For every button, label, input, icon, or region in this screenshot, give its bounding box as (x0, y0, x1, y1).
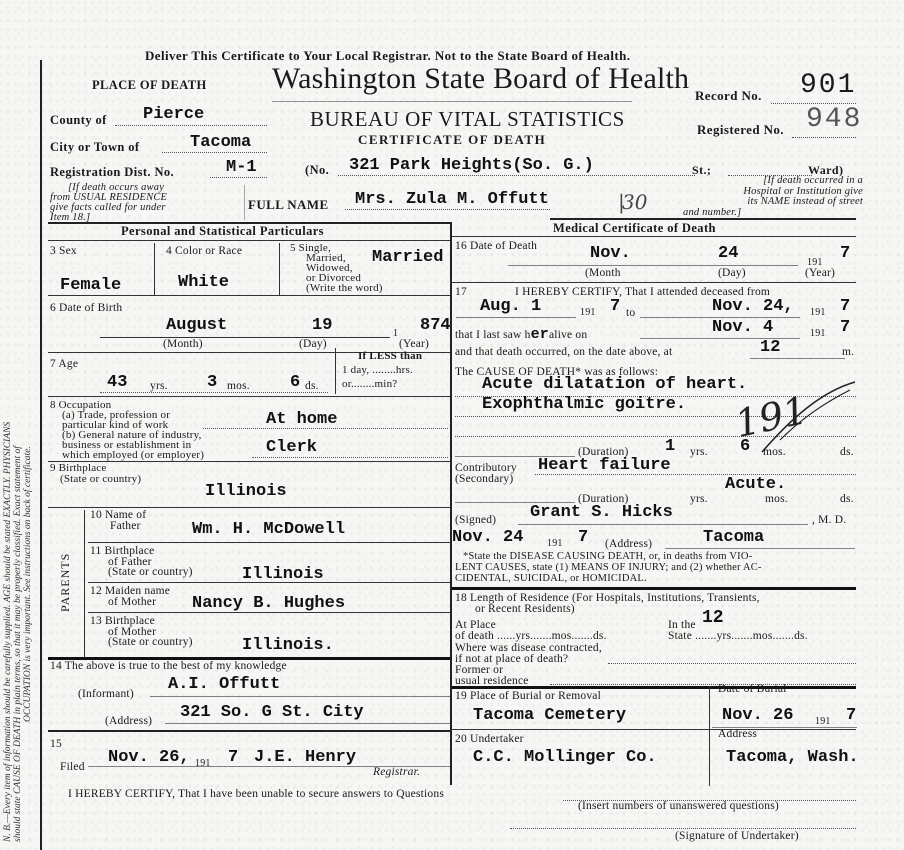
row-rule-occupation (48, 396, 450, 397)
dob-year-prefix: 1 (393, 328, 398, 339)
md-label: , M. D. (812, 514, 846, 526)
physician-signature: Grant S. Hicks (530, 503, 673, 522)
name-annotation: 30 (622, 190, 647, 214)
age-ds-label: ds. (305, 380, 319, 392)
away-note: [If death occurs away from USUAL RESIDEN… (68, 183, 167, 223)
footnote-1: *State the DISEASE CAUSING DEATH, or, in… (455, 551, 762, 562)
row-rule-parents (48, 507, 450, 508)
duration2-ds: ds. (840, 493, 854, 505)
age-years: 43 (107, 373, 127, 392)
registrar-label: Registrar. (373, 766, 420, 778)
duration-ds: ds. (840, 446, 854, 458)
father-label: 10 Name of Father (90, 510, 146, 532)
informant-address-label: (Address) (105, 715, 152, 727)
row-rule-burial (452, 686, 856, 689)
dob-month: August (166, 316, 227, 335)
in-state-label: In the State .......yrs.......mos.......… (668, 620, 808, 642)
row-rule-filed (48, 730, 450, 732)
reg-dist-line (210, 177, 267, 178)
address-value: 321 Park Heights(So. G.) (349, 156, 594, 175)
dod-day-caption: (Day) (718, 267, 746, 279)
parents-divider (84, 510, 85, 657)
row-rule-17 (452, 282, 856, 283)
marital-value: Married (372, 248, 443, 267)
filed-label: Filed (60, 761, 85, 773)
city-line (162, 152, 267, 153)
duration-mos: mos. (763, 446, 786, 458)
row-rule-father-bp (88, 582, 450, 583)
burial-place-label: 19 Place of Burial or Removal (455, 690, 601, 702)
hospital-note-3: its NAME instead of street (683, 197, 863, 208)
row-rule-dob (48, 295, 450, 296)
signed-address-label: (Address) (605, 538, 652, 550)
signed-year-prefix: 191 (547, 538, 563, 549)
marital-label: 5 Single, Married, Widowed, or Divorced … (290, 243, 383, 293)
bureau-title: BUREAU OF VITAL STATISTICS (310, 107, 625, 132)
undertaker-value: C.C. Mollinger Co. (473, 748, 657, 767)
item15-label: 15 (50, 738, 62, 750)
sex-label: 3 Sex (50, 245, 77, 257)
duration-years: 1 (665, 437, 675, 456)
address-line (338, 175, 695, 176)
right-section-top (550, 218, 856, 220)
signature-caption: (Signature of Undertaker) (675, 830, 799, 842)
hospital-note: [If death occurred in a Hospital or Inst… (683, 176, 863, 218)
occ-b-label-3: which employed (or employer) (50, 450, 204, 460)
true-statement-label: 14 The above is true to the best of my k… (50, 660, 287, 672)
dod-label: 16 Date of Death (455, 240, 537, 252)
attended-to: Nov. 24, (712, 297, 794, 316)
informant-address-line (165, 723, 450, 724)
footer-certify-text: I HEREBY CERTIFY, That I have been unabl… (68, 788, 444, 800)
side-note-line-2: should state CAUSE OF DEATH in plain ter… (13, 82, 23, 842)
burial-place: Tacoma Cemetery (473, 706, 626, 725)
birthplace-label-2: (State or country) (50, 474, 141, 485)
birthplace-label: 9 Birthplace (State or country) (50, 463, 141, 485)
dob-month-caption: (Month) (163, 338, 203, 350)
row-rule-undertaker (452, 729, 856, 730)
informant-address: 321 So. G St. City (180, 703, 364, 722)
burial-year-prefix: 191 (815, 716, 831, 727)
row-rule-residence (452, 587, 856, 590)
dod-day: 24 (718, 244, 738, 263)
footnote-3: CIDENTAL, SUICIDAL, or HOMICIDAL. (455, 573, 762, 584)
row-rule-father (88, 542, 450, 543)
contributory-label: Contributory (Secondary) (455, 463, 517, 485)
full-name-label: FULL NAME (248, 197, 329, 213)
mother-bp-label: 13 Birthplace of Mother (State or countr… (90, 616, 193, 648)
age-less-divider (335, 348, 336, 394)
age-months: 3 (207, 373, 217, 392)
county-value: Pierce (143, 105, 204, 124)
signed-address: Tacoma (703, 528, 764, 547)
father-name: Wm. H. McDowell (192, 520, 345, 539)
contributory-value: Heart failure (538, 456, 671, 475)
footnote-2: LENT CAUSES, state (1) MEANS OF INJURY; … (455, 562, 762, 573)
attended-from-year: 7 (610, 297, 620, 316)
death-certificate: N. B.—Every item of information should b… (0, 0, 904, 850)
birthplace-value: Illinois (205, 482, 287, 501)
in-state-value: 12 (702, 608, 724, 628)
less-than-2: 1 day, ........hrs. (342, 363, 422, 377)
record-no-label: Record No. (695, 88, 762, 104)
filed-year-prefix: 191 (195, 758, 211, 769)
cause-line-1: Acute dilatation of heart. (482, 375, 747, 394)
hospital-note-4: and number.] (683, 208, 863, 219)
mother-label: 12 Maiden name of Mother (90, 586, 170, 608)
burial-year: 7 (846, 706, 856, 725)
undertaker-address: Tacoma, Wash. (726, 748, 859, 767)
away-note-divider (244, 185, 245, 220)
age-line (100, 392, 328, 393)
sex-race-divider (154, 243, 155, 295)
insert-caption: (Insert numbers of unanswered questions) (578, 800, 779, 812)
signed-label: (Signed) (455, 514, 496, 526)
mother-birthplace: Illinois. (242, 636, 334, 655)
age-days: 6 (290, 373, 300, 392)
occ-b-value: Clerk (266, 438, 317, 457)
age-yrs-label: yrs. (150, 380, 168, 392)
dob-day-caption: (Day) (299, 338, 327, 350)
county-label: County of (50, 113, 107, 128)
less-than-note: If LESS than 1 day, ........hrs. or.....… (342, 349, 422, 391)
contributory-line (535, 474, 856, 475)
dod-month: Nov. (590, 244, 631, 263)
duration-months: 6 (740, 437, 750, 456)
attended-from: Aug. 1 (480, 297, 541, 316)
last-saw-label-b: alive on (549, 329, 587, 341)
less-than-1: If LESS than (342, 349, 422, 363)
place-of-death-label: PLACE OF DEATH (92, 78, 207, 93)
less-than-3: or........min? (342, 377, 422, 391)
dod-year: 7 (840, 244, 850, 263)
last-saw-label-a: that I last saw h (455, 329, 531, 341)
race-marital-divider (279, 243, 280, 295)
informant-label: (Informant) (78, 688, 134, 700)
mother-label-2: of Mother (90, 597, 170, 608)
cause-line-2: Exophthalmic goitre. (482, 395, 686, 414)
signed-address-line (665, 548, 855, 549)
duration2-yrs: yrs. (690, 493, 708, 505)
annotation-bar: | (618, 190, 625, 214)
occurred-label: and that death occurred, on the date abo… (455, 346, 672, 358)
informant-value: A.I. Offutt (168, 675, 280, 694)
attended-to-year-prefix: 191 (810, 307, 826, 318)
city-label: City or Town of (50, 140, 139, 155)
dob-label: 6 Date of Birth (50, 302, 122, 314)
former-residence-label: Former or usual residence (455, 665, 529, 687)
father-bp-label-1: 11 Birthplace (90, 546, 193, 557)
mother-bp-label-3: (State or country) (90, 637, 193, 648)
no-label: (No. (305, 163, 329, 178)
marital-label-5: (Write the word) (290, 283, 383, 293)
occ-b-line (252, 457, 448, 458)
side-note-line-1: N. B.—Every item of information should b… (3, 82, 13, 842)
duration2-mos: mos. (765, 493, 788, 505)
record-no: 901 (800, 70, 856, 101)
last-saw-pronoun: er (531, 326, 549, 343)
at-place-label-2: of death ......yrs.......mos.......ds. (455, 631, 607, 642)
dob-line (100, 337, 390, 338)
contributory-label-2: (Secondary) (455, 474, 517, 485)
city-value: Tacoma (190, 133, 251, 152)
filed-year: 7 (228, 748, 238, 767)
title-underline (272, 101, 632, 102)
signed-date: Nov. 24 (452, 528, 523, 547)
board-title: Washington State Board of Health (272, 62, 689, 96)
contracted-line (608, 663, 856, 664)
item17-label: 17 (455, 286, 467, 298)
attended-from-year-prefix: 191 (580, 307, 596, 318)
sex-value: Female (60, 276, 121, 295)
burial-date-label: Date of Burial (718, 683, 787, 695)
medical-title-rule (452, 236, 856, 237)
burial-divider (709, 686, 710, 786)
informant-line (150, 696, 450, 697)
full-name-line (345, 209, 550, 210)
last-saw-date: Nov. 4 (712, 318, 773, 337)
undertaker-label: 20 Undertaker (455, 733, 524, 745)
full-name-value: Mrs. Zula M. Offutt (355, 190, 549, 209)
time-line (750, 358, 845, 359)
side-note-line-3: OCCUPATION is very important. See instru… (23, 82, 33, 842)
county-line (115, 125, 267, 126)
death-time: 12 (760, 338, 780, 357)
attended-to-year: 7 (840, 297, 850, 316)
burial-date: Nov. 26 (722, 706, 793, 725)
contracted-label: Where was disease contracted, if not at … (455, 643, 602, 665)
medical-section-title: Medical Certificate of Death (553, 221, 716, 236)
row-rule-mother (88, 612, 450, 613)
dod-month-caption: (Month (585, 267, 621, 279)
m-label: m. (842, 346, 854, 358)
certificate-title: CERTIFICATE OF DEATH (358, 132, 546, 148)
filed-date: Nov. 26, (108, 748, 190, 767)
left-border (40, 60, 42, 850)
dob-day: 19 (312, 316, 332, 335)
to-label: to (626, 307, 635, 319)
duration-yrs: yrs. (690, 446, 708, 458)
registered-no-line (792, 137, 856, 138)
race-value: White (178, 273, 229, 292)
dod-year-caption: (Year) (805, 267, 835, 279)
reg-dist-value: M-1 (226, 158, 257, 177)
registered-no-label: Registered No. (697, 122, 784, 138)
mother-name: Nancy B. Hughes (192, 594, 345, 613)
contributory-value-2: Acute. (725, 475, 786, 494)
personal-section-title: Personal and Statistical Particulars (121, 224, 324, 239)
side-note: N. B.—Every item of information should b… (3, 82, 33, 842)
at-place-label: At Place of death ......yrs.......mos...… (455, 620, 607, 642)
signed-line (518, 524, 808, 525)
occ-a-value: At home (266, 410, 337, 429)
father-bp-label-3: (State or country) (90, 567, 193, 578)
father-bp-label: 11 Birthplace of Father (State or countr… (90, 546, 193, 578)
row-rule-birthplace (48, 461, 450, 462)
race-label: 4 Color or Race (166, 245, 242, 257)
age-mos-label: mos. (227, 380, 250, 392)
last-saw-label: that I last saw heralive on (455, 326, 587, 343)
mother-bp-label-1: 13 Birthplace (90, 616, 193, 627)
reg-dist-label: Registration Dist. No. (50, 165, 174, 180)
personal-title-rule (48, 240, 450, 241)
age-label: 7 Age (50, 358, 78, 370)
footnote: *State the DISEASE CAUSING DEATH, or, in… (455, 551, 762, 584)
last-saw-year-prefix: 191 (810, 328, 826, 339)
registrar-name: J.E. Henry (254, 748, 356, 767)
attended-from-line (456, 317, 576, 318)
undertaker-address-label: Address (718, 728, 757, 740)
father-label-2: Father (90, 521, 146, 532)
in-state-label-2: State .......yrs.......mos.......ds. (668, 631, 808, 642)
signature-line (510, 828, 856, 829)
occupation-label: 8 Occupation (a) Trade, profession or pa… (50, 400, 204, 460)
parents-side-label: PARENTS (58, 553, 73, 612)
dob-year: 874 (420, 316, 451, 335)
center-divider (450, 222, 452, 785)
dod-line (508, 265, 798, 266)
last-saw-year: 7 (840, 318, 850, 337)
signed-year: 7 (578, 528, 588, 547)
registered-no: 948 (806, 104, 862, 135)
hospital-note-1: [If death occurred in a (683, 176, 863, 187)
former-residence-line (550, 684, 856, 685)
